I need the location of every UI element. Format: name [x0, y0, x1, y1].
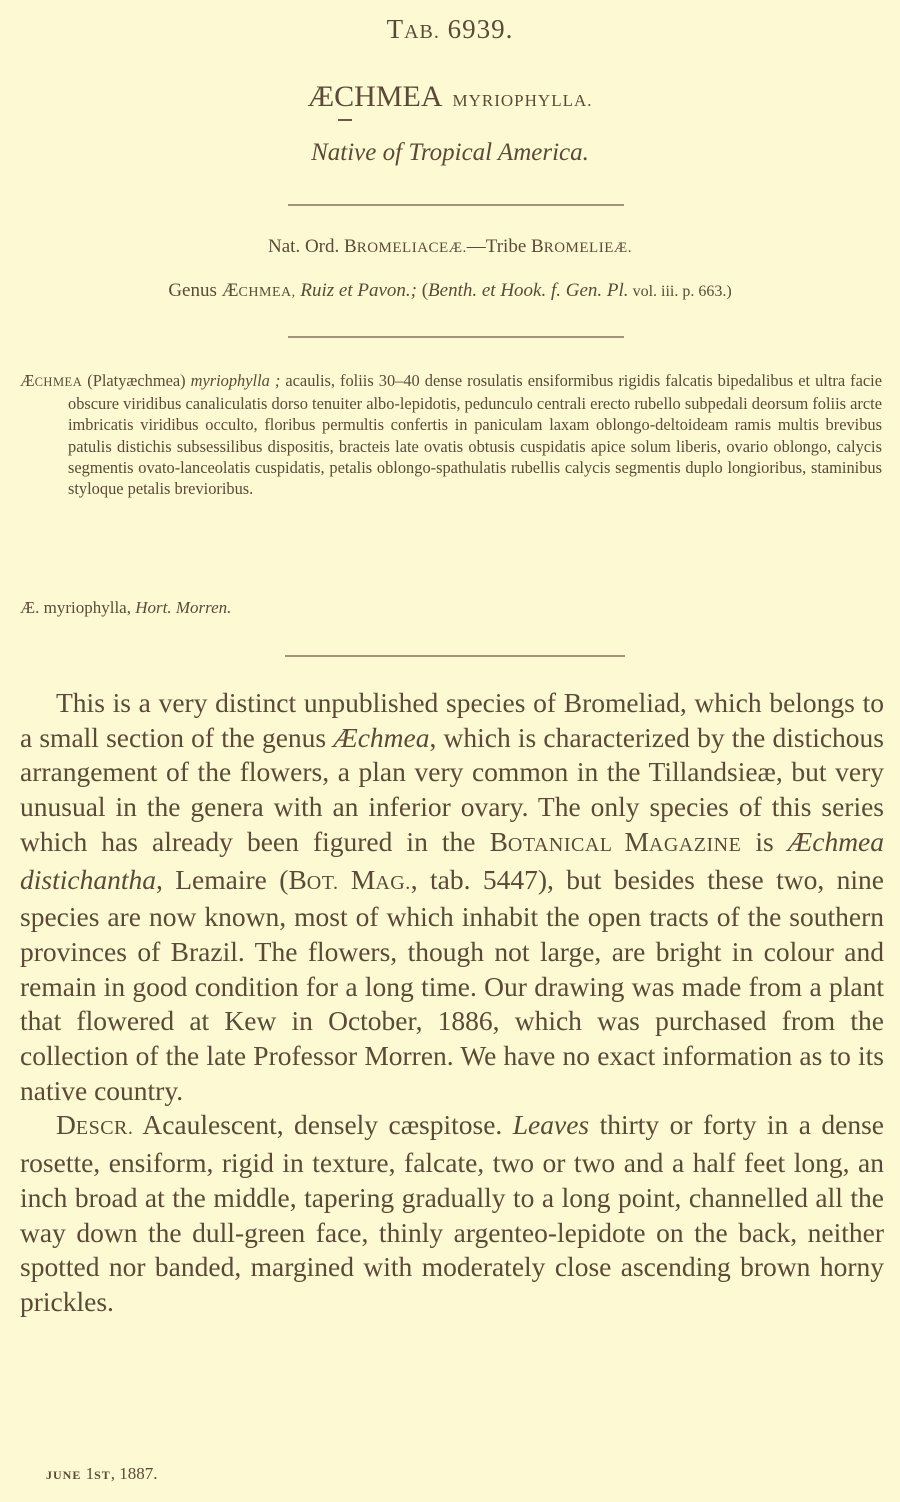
paragraph-intro: This is a very distinct unpublished spec…	[20, 686, 884, 1108]
synonym: Æ. myriophylla, Hort. Morren.	[20, 598, 231, 618]
species-epithet: MYRIOPHYLLA.	[453, 91, 593, 110]
divider-3	[285, 655, 625, 657]
native-region: Native of Tropical America.	[0, 139, 900, 167]
divider-1	[288, 204, 624, 206]
natural-order: Nat. Ord. BROMELIACEÆ.—Tribe BROMELIEÆ.	[0, 236, 900, 258]
species-title: ÆCHMEAMYRIOPHYLLA.	[0, 80, 900, 114]
botanical-page: TAB. 6939. ÆCHMEAMYRIOPHYLLA. Native of …	[0, 0, 900, 1502]
title-dash	[338, 119, 352, 121]
publication-date: JUNE 1ST, 1887.	[46, 1464, 158, 1484]
divider-2	[288, 336, 624, 338]
paragraph-description: DESCR. Acaulescent, densely cæspitose. L…	[20, 1108, 884, 1319]
plate-number: TAB. 6939.	[0, 14, 900, 45]
genus-reference: Genus ÆCHMEA, Ruiz et Pavon.; (Benth. et…	[0, 280, 900, 302]
description-body: This is a very distinct unpublished spec…	[20, 686, 884, 1320]
genus-name: ÆCHMEA	[308, 80, 443, 113]
latin-diagnosis: ÆCHMEA (Platyæchmea) myriophylla ; acaul…	[20, 370, 882, 499]
